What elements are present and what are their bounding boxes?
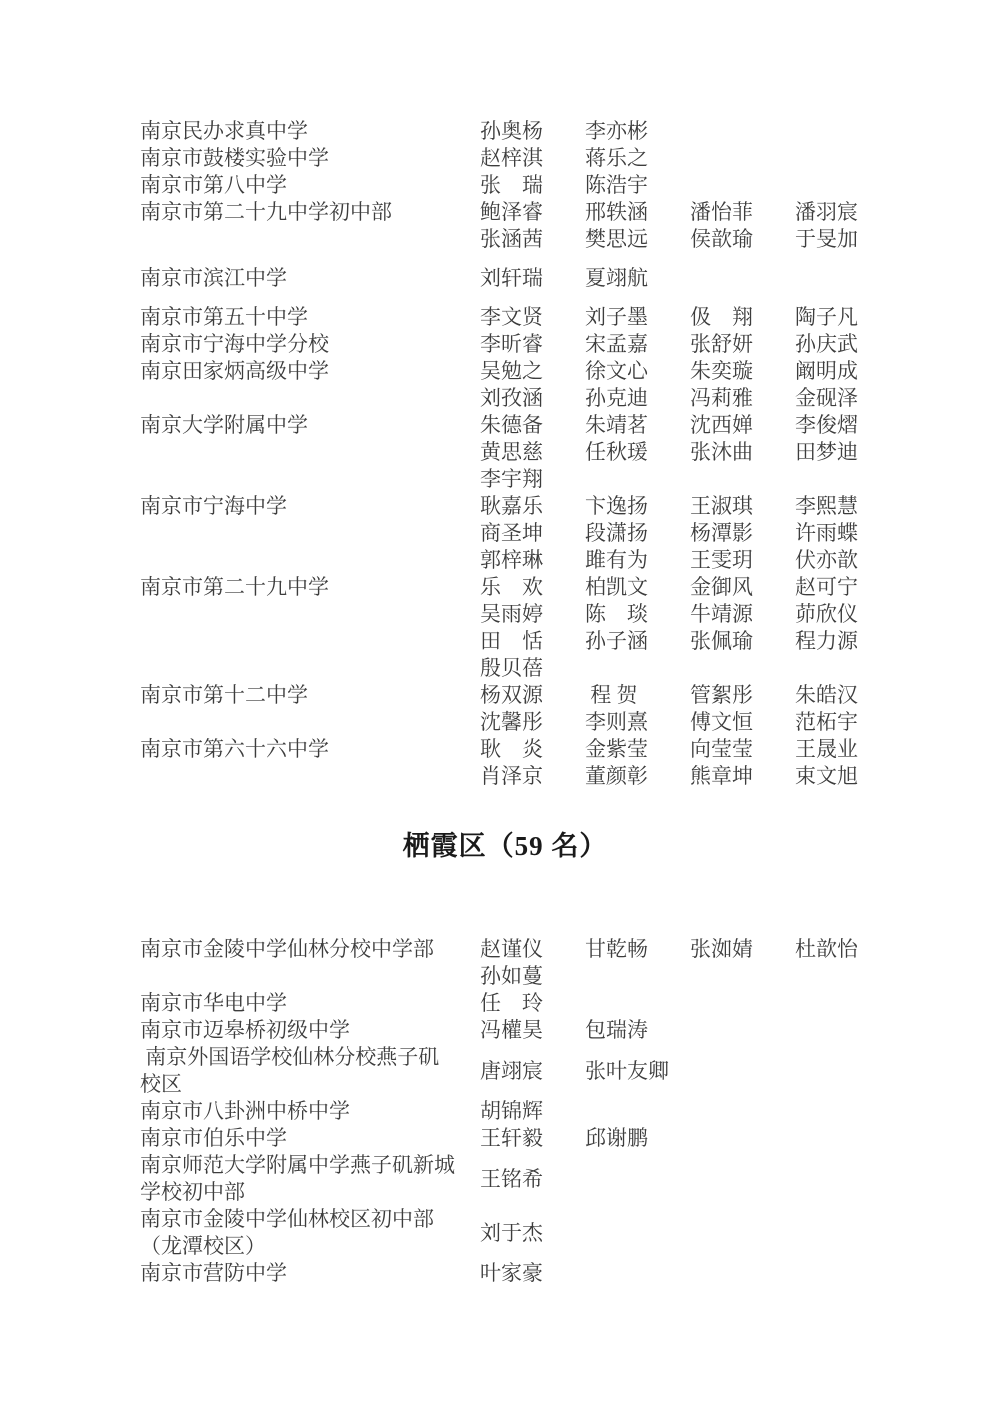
student-name: 叶家豪 xyxy=(480,1260,585,1287)
student-name: 李则熹 xyxy=(585,709,690,736)
school-row: 南京市金陵中学仙林分校中学部赵谨仪甘乾畅张洳婧杜歆怡孙如蔓 xyxy=(140,936,870,990)
student-name-lines: 李文贤刘子墨伋 翔陶子凡 xyxy=(480,304,900,331)
student-name: 蒋乐之 xyxy=(585,145,690,172)
school-row: 南京市华电中学任 玲 xyxy=(140,990,870,1017)
school-name: 南京外国语学校仙林分校燕子矶 校区 xyxy=(140,1044,480,1098)
student-name: 胡锦辉 xyxy=(480,1098,585,1125)
student-name-line: 王铭希 xyxy=(480,1166,585,1193)
student-name-line: 沈馨彤李则熹傅文恒范柘宇 xyxy=(480,709,900,736)
student-name-line: 刘孜涵孙克迪冯莉雅金砚泽 xyxy=(480,385,900,412)
student-name: 李昕睿 xyxy=(480,331,585,358)
student-name-line: 赵谨仪甘乾畅张洳婧杜歆怡 xyxy=(480,936,900,963)
student-name-line: 吴雨婷陈 琰牛靖源茆欣仪 xyxy=(480,601,900,628)
student-name-lines: 耿嘉乐卞逸扬王淑琪李熙慧商圣坤段潇扬杨潭影许雨蝶郭梓琳雎有为王雯玥伏亦歆 xyxy=(480,493,900,574)
school-name: 南京市第八中学 xyxy=(140,172,480,199)
school-name: 南京市第十二中学 xyxy=(140,682,480,709)
student-name-lines: 任 玲 xyxy=(480,990,585,1017)
student-name: 伏亦歆 xyxy=(795,547,900,574)
student-name: 傅文恒 xyxy=(690,709,795,736)
student-name: 朱奕璇 xyxy=(690,358,795,385)
student-name: 管絮彤 xyxy=(690,682,795,709)
student-name: 孙如蔓 xyxy=(480,963,585,990)
student-name: 孙子涵 xyxy=(585,628,690,655)
school-name: 南京市第五十中学 xyxy=(140,304,480,331)
student-name: 潘羽宸 xyxy=(795,199,900,226)
student-name: 吴勉之 xyxy=(480,358,585,385)
student-name: 夏翊航 xyxy=(585,265,690,292)
student-name-lines: 刘于杰 xyxy=(480,1220,585,1247)
student-name-lines: 杨双源 程 贺管絮彤朱皓汉沈馨彤李则熹傅文恒范柘宇 xyxy=(480,682,900,736)
student-name: 向莹莹 xyxy=(690,736,795,763)
school-name: 南京市伯乐中学 xyxy=(140,1125,480,1152)
school-row: 南京市第二十九中学初中部鲍泽睿邢轶涵潘怡菲潘羽宸张涵茜樊思远侯歆瑜于旻加 xyxy=(140,199,870,253)
student-name: 金紫莹 xyxy=(585,736,690,763)
student-name-lines: 唐翊宸张叶友卿 xyxy=(480,1058,690,1085)
student-name: 朱皓汉 xyxy=(795,682,900,709)
student-name: 陈浩宇 xyxy=(585,172,690,199)
student-name: 金砚泽 xyxy=(795,385,900,412)
student-name-lines: 赵谨仪甘乾畅张洳婧杜歆怡孙如蔓 xyxy=(480,936,900,990)
student-name: 邱谢鹏 xyxy=(585,1125,690,1152)
student-name-lines: 朱德备朱靖茗沈西婵李俊熠黄思慈任秋瑗张沐曲田梦迪李宇翔 xyxy=(480,412,900,493)
school-row: 南京民办求真中学孙奥杨李亦彬 xyxy=(140,118,870,145)
student-name-lines: 李昕睿宋孟嘉张舒妍孙庆武 xyxy=(480,331,900,358)
student-name: 程力源 xyxy=(795,628,900,655)
school-row: 南京市第五十中学李文贤刘子墨伋 翔陶子凡 xyxy=(140,304,870,331)
student-name: 阚明成 xyxy=(795,358,900,385)
student-name: 王铭希 xyxy=(480,1166,585,1193)
school-name: 南京市八卦洲中桥中学 xyxy=(140,1098,480,1125)
student-name: 茆欣仪 xyxy=(795,601,900,628)
student-name-line: 刘于杰 xyxy=(480,1220,585,1247)
school-row: 南京师范大学附属中学燕子矶新城 学校初中部王铭希 xyxy=(140,1152,870,1206)
student-name: 唐翊宸 xyxy=(480,1058,585,1085)
student-name: 王轩毅 xyxy=(480,1125,585,1152)
student-name: 邢轶涵 xyxy=(585,199,690,226)
school-row: 南京市第六十六中学耿 炎金紫莹向莹莹王晟业肖泽京董颜彰熊章坤束文旭 xyxy=(140,736,870,790)
student-name: 张佩瑜 xyxy=(690,628,795,655)
student-name-line: 鲍泽睿邢轶涵潘怡菲潘羽宸 xyxy=(480,199,900,226)
school-row: 南京市迈皋桥初级中学冯權昊包瑞涛 xyxy=(140,1017,870,1044)
school-row: 南京市第八中学张 瑞陈浩宇 xyxy=(140,172,870,199)
school-row: 南京市第二十九中学乐 欢柏凯文金御风赵可宁吴雨婷陈 琰牛靖源茆欣仪田 恬孙子涵张… xyxy=(140,574,870,682)
student-name: 李熙慧 xyxy=(795,493,900,520)
school-list-top: 南京民办求真中学孙奥杨李亦彬南京市鼓楼实验中学赵梓淇蒋乐之南京市第八中学张 瑞陈… xyxy=(140,118,870,790)
student-name: 伋 翔 xyxy=(690,304,795,331)
school-name: 南京市第二十九中学初中部 xyxy=(140,199,480,226)
student-name-lines: 王铭希 xyxy=(480,1166,585,1193)
student-name-lines: 吴勉之徐文心朱奕璇阚明成刘孜涵孙克迪冯莉雅金砚泽 xyxy=(480,358,900,412)
student-name: 孙克迪 xyxy=(585,385,690,412)
school-row: 南京市宁海中学分校李昕睿宋孟嘉张舒妍孙庆武 xyxy=(140,331,870,358)
page-content: 南京民办求真中学孙奥杨李亦彬南京市鼓楼实验中学赵梓淇蒋乐之南京市第八中学张 瑞陈… xyxy=(140,118,870,1287)
school-name: 南京市金陵中学仙林校区初中部 （龙潭校区） xyxy=(140,1206,480,1260)
student-name: 董颜彰 xyxy=(585,763,690,790)
school-row: 南京田家炳高级中学吴勉之徐文心朱奕璇阚明成刘孜涵孙克迪冯莉雅金砚泽 xyxy=(140,358,870,412)
student-name-line: 杨双源 程 贺管絮彤朱皓汉 xyxy=(480,682,900,709)
student-name-lines: 乐 欢柏凯文金御风赵可宁吴雨婷陈 琰牛靖源茆欣仪田 恬孙子涵张佩瑜程力源殷贝蓓 xyxy=(480,574,900,682)
student-name: 刘于杰 xyxy=(480,1220,585,1247)
student-name-line: 吴勉之徐文心朱奕璇阚明成 xyxy=(480,358,900,385)
school-list-qixia: 南京市金陵中学仙林分校中学部赵谨仪甘乾畅张洳婧杜歆怡孙如蔓南京市华电中学任 玲南… xyxy=(140,936,870,1287)
student-name-line: 唐翊宸张叶友卿 xyxy=(480,1058,690,1085)
school-row: 南京市营防中学叶家豪 xyxy=(140,1260,870,1287)
student-name: 田梦迪 xyxy=(795,439,900,466)
student-name-line: 田 恬孙子涵张佩瑜程力源 xyxy=(480,628,900,655)
student-name: 王晟业 xyxy=(795,736,900,763)
student-name: 宋孟嘉 xyxy=(585,331,690,358)
student-name: 樊思远 xyxy=(585,226,690,253)
student-name-line: 王轩毅邱谢鹏 xyxy=(480,1125,690,1152)
student-name: 范柘宇 xyxy=(795,709,900,736)
student-name: 任 玲 xyxy=(480,990,585,1017)
student-name: 柏凯文 xyxy=(585,574,690,601)
student-name-line: 郭梓琳雎有为王雯玥伏亦歆 xyxy=(480,547,900,574)
student-name: 耿嘉乐 xyxy=(480,493,585,520)
student-name: 赵谨仪 xyxy=(480,936,585,963)
student-name: 李俊熠 xyxy=(795,412,900,439)
student-name-line: 李文贤刘子墨伋 翔陶子凡 xyxy=(480,304,900,331)
student-name: 李亦彬 xyxy=(585,118,690,145)
student-name-lines: 耿 炎金紫莹向莹莹王晟业肖泽京董颜彰熊章坤束文旭 xyxy=(480,736,900,790)
student-name-line: 李宇翔 xyxy=(480,466,900,493)
student-name-line: 商圣坤段潇扬杨潭影许雨蝶 xyxy=(480,520,900,547)
district-heading: 栖霞区（59 名） xyxy=(140,826,870,866)
student-name: 赵梓淇 xyxy=(480,145,585,172)
school-name: 南京田家炳高级中学 xyxy=(140,358,480,385)
student-name: 程 贺 xyxy=(585,682,690,709)
student-name: 殷贝蓓 xyxy=(480,655,585,682)
school-row: 南京市滨江中学刘轩瑞夏翊航 xyxy=(140,265,870,292)
student-name: 侯歆瑜 xyxy=(690,226,795,253)
student-name: 乐 欢 xyxy=(480,574,585,601)
student-name-line: 乐 欢柏凯文金御风赵可宁 xyxy=(480,574,900,601)
student-name: 商圣坤 xyxy=(480,520,585,547)
student-name-lines: 孙奥杨李亦彬 xyxy=(480,118,690,145)
student-name: 王雯玥 xyxy=(690,547,795,574)
student-name: 朱靖茗 xyxy=(585,412,690,439)
student-name-lines: 胡锦辉 xyxy=(480,1098,585,1125)
student-name: 李宇翔 xyxy=(480,466,585,493)
school-row: 南京市第十二中学杨双源 程 贺管絮彤朱皓汉沈馨彤李则熹傅文恒范柘宇 xyxy=(140,682,870,736)
student-name: 任秋瑗 xyxy=(585,439,690,466)
student-name-line: 肖泽京董颜彰熊章坤束文旭 xyxy=(480,763,900,790)
student-name: 刘轩瑞 xyxy=(480,265,585,292)
student-name-line: 张涵茜樊思远侯歆瑜于旻加 xyxy=(480,226,900,253)
student-name-line: 冯權昊包瑞涛 xyxy=(480,1017,690,1044)
school-row: 南京市鼓楼实验中学赵梓淇蒋乐之 xyxy=(140,145,870,172)
student-name: 杨潭影 xyxy=(690,520,795,547)
student-name: 孙庆武 xyxy=(795,331,900,358)
student-name: 张 瑞 xyxy=(480,172,585,199)
student-name: 卞逸扬 xyxy=(585,493,690,520)
student-name: 牛靖源 xyxy=(690,601,795,628)
student-name: 王淑琪 xyxy=(690,493,795,520)
student-name: 甘乾畅 xyxy=(585,936,690,963)
student-name: 冯權昊 xyxy=(480,1017,585,1044)
school-row: 南京外国语学校仙林分校燕子矶 校区唐翊宸张叶友卿 xyxy=(140,1044,870,1098)
student-name: 雎有为 xyxy=(585,547,690,574)
student-name: 段潇扬 xyxy=(585,520,690,547)
student-name: 肖泽京 xyxy=(480,763,585,790)
school-row: 南京市伯乐中学王轩毅邱谢鹏 xyxy=(140,1125,870,1152)
student-name: 冯莉雅 xyxy=(690,385,795,412)
student-name-line: 胡锦辉 xyxy=(480,1098,585,1125)
student-name: 郭梓琳 xyxy=(480,547,585,574)
school-name: 南京民办求真中学 xyxy=(140,118,480,145)
school-row: 南京大学附属中学朱德备朱靖茗沈西婵李俊熠黄思慈任秋瑗张沐曲田梦迪李宇翔 xyxy=(140,412,870,493)
student-name: 朱德备 xyxy=(480,412,585,439)
student-name: 徐文心 xyxy=(585,358,690,385)
school-name: 南京市宁海中学分校 xyxy=(140,331,480,358)
student-name: 潘怡菲 xyxy=(690,199,795,226)
student-name: 杨双源 xyxy=(480,682,585,709)
student-name-line: 耿 炎金紫莹向莹莹王晟业 xyxy=(480,736,900,763)
school-name: 南京市迈皋桥初级中学 xyxy=(140,1017,480,1044)
student-name-lines: 张 瑞陈浩宇 xyxy=(480,172,690,199)
student-name: 沈馨彤 xyxy=(480,709,585,736)
student-name: 金御风 xyxy=(690,574,795,601)
school-name: 南京大学附属中学 xyxy=(140,412,480,439)
student-name: 张沐曲 xyxy=(690,439,795,466)
student-name: 田 恬 xyxy=(480,628,585,655)
student-name: 耿 炎 xyxy=(480,736,585,763)
school-name: 南京市鼓楼实验中学 xyxy=(140,145,480,172)
student-name-lines: 叶家豪 xyxy=(480,1260,585,1287)
student-name: 孙奥杨 xyxy=(480,118,585,145)
student-name-lines: 冯權昊包瑞涛 xyxy=(480,1017,690,1044)
school-row: 南京市宁海中学耿嘉乐卞逸扬王淑琪李熙慧商圣坤段潇扬杨潭影许雨蝶郭梓琳雎有为王雯玥… xyxy=(140,493,870,574)
student-name: 黄思慈 xyxy=(480,439,585,466)
document-page: 南京民办求真中学孙奥杨李亦彬南京市鼓楼实验中学赵梓淇蒋乐之南京市第八中学张 瑞陈… xyxy=(0,0,1000,1414)
student-name-line: 叶家豪 xyxy=(480,1260,585,1287)
student-name-line: 朱德备朱靖茗沈西婵李俊熠 xyxy=(480,412,900,439)
student-name: 包瑞涛 xyxy=(585,1017,690,1044)
student-name: 刘子墨 xyxy=(585,304,690,331)
student-name-line: 张 瑞陈浩宇 xyxy=(480,172,690,199)
student-name: 陶子凡 xyxy=(795,304,900,331)
student-name: 李文贤 xyxy=(480,304,585,331)
student-name: 束文旭 xyxy=(795,763,900,790)
school-name: 南京市第六十六中学 xyxy=(140,736,480,763)
student-name: 于旻加 xyxy=(795,226,900,253)
school-row: 南京市金陵中学仙林校区初中部 （龙潭校区）刘于杰 xyxy=(140,1206,870,1260)
student-name: 赵可宁 xyxy=(795,574,900,601)
student-name-line: 刘轩瑞夏翊航 xyxy=(480,265,690,292)
student-name: 刘孜涵 xyxy=(480,385,585,412)
student-name: 张舒妍 xyxy=(690,331,795,358)
student-name-line: 赵梓淇蒋乐之 xyxy=(480,145,690,172)
student-name: 沈西婵 xyxy=(690,412,795,439)
student-name: 张叶友卿 xyxy=(585,1058,690,1085)
student-name: 许雨蝶 xyxy=(795,520,900,547)
student-name-line: 殷贝蓓 xyxy=(480,655,900,682)
student-name-line: 耿嘉乐卞逸扬王淑琪李熙慧 xyxy=(480,493,900,520)
school-name: 南京师范大学附属中学燕子矶新城 学校初中部 xyxy=(140,1152,480,1206)
school-name: 南京市金陵中学仙林分校中学部 xyxy=(140,936,480,963)
student-name-line: 任 玲 xyxy=(480,990,585,1017)
student-name-line: 黄思慈任秋瑗张沐曲田梦迪 xyxy=(480,439,900,466)
student-name: 杜歆怡 xyxy=(795,936,900,963)
student-name: 吴雨婷 xyxy=(480,601,585,628)
school-name: 南京市营防中学 xyxy=(140,1260,480,1287)
student-name: 鲍泽睿 xyxy=(480,199,585,226)
student-name: 熊章坤 xyxy=(690,763,795,790)
student-name: 张洳婧 xyxy=(690,936,795,963)
student-name: 陈 琰 xyxy=(585,601,690,628)
school-name: 南京市宁海中学 xyxy=(140,493,480,520)
school-name: 南京市第二十九中学 xyxy=(140,574,480,601)
student-name-lines: 鲍泽睿邢轶涵潘怡菲潘羽宸张涵茜樊思远侯歆瑜于旻加 xyxy=(480,199,900,253)
student-name-line: 李昕睿宋孟嘉张舒妍孙庆武 xyxy=(480,331,900,358)
student-name-line: 孙奥杨李亦彬 xyxy=(480,118,690,145)
student-name-lines: 赵梓淇蒋乐之 xyxy=(480,145,690,172)
school-name: 南京市滨江中学 xyxy=(140,265,480,292)
student-name-line: 孙如蔓 xyxy=(480,963,900,990)
school-name: 南京市华电中学 xyxy=(140,990,480,1017)
student-name-lines: 王轩毅邱谢鹏 xyxy=(480,1125,690,1152)
school-row: 南京市八卦洲中桥中学胡锦辉 xyxy=(140,1098,870,1125)
student-name: 张涵茜 xyxy=(480,226,585,253)
student-name-lines: 刘轩瑞夏翊航 xyxy=(480,265,690,292)
